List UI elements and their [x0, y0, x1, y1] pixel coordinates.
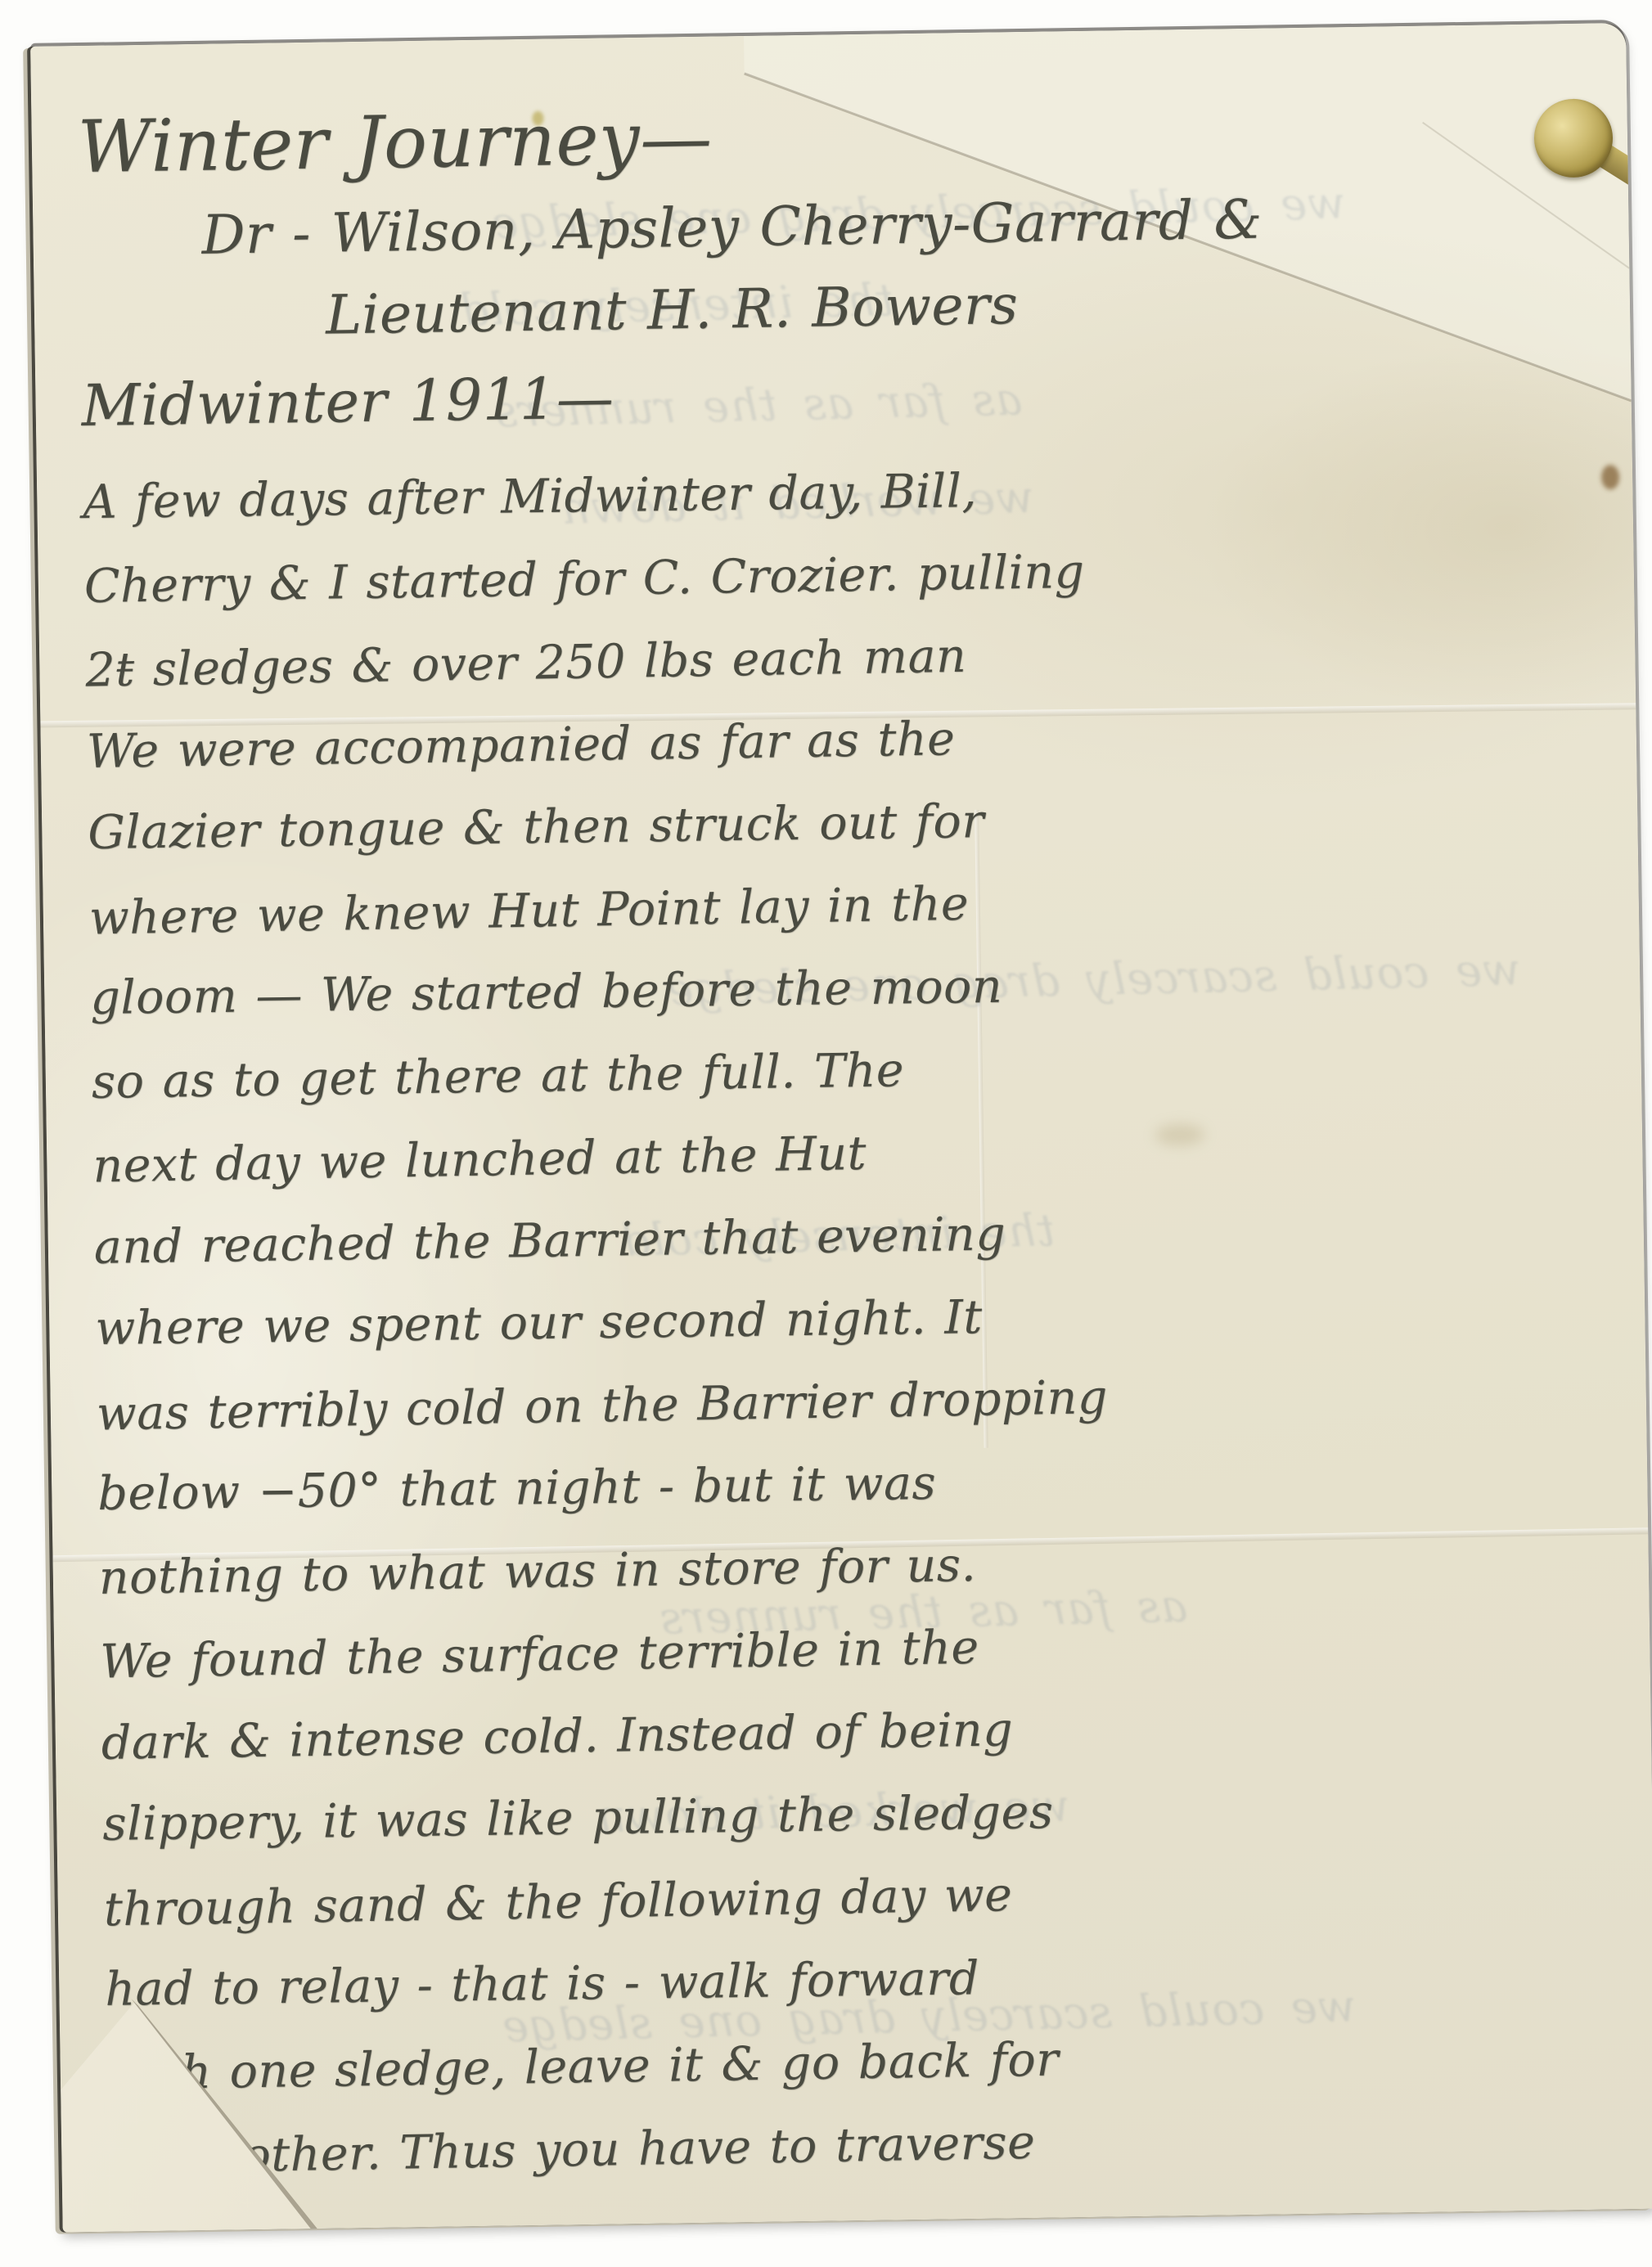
body-text: A few days after Midwinter day, Bill, Ch…: [83, 441, 1614, 2198]
ink-stain: [1601, 465, 1619, 489]
handwritten-content: Winter Journey— Dr - Wilson, Apsley Cher…: [77, 76, 1614, 2198]
manuscript-page: we could scarcely drag one sledge the in…: [30, 23, 1652, 2233]
dateline: Midwinter 1911—: [81, 338, 1587, 452]
